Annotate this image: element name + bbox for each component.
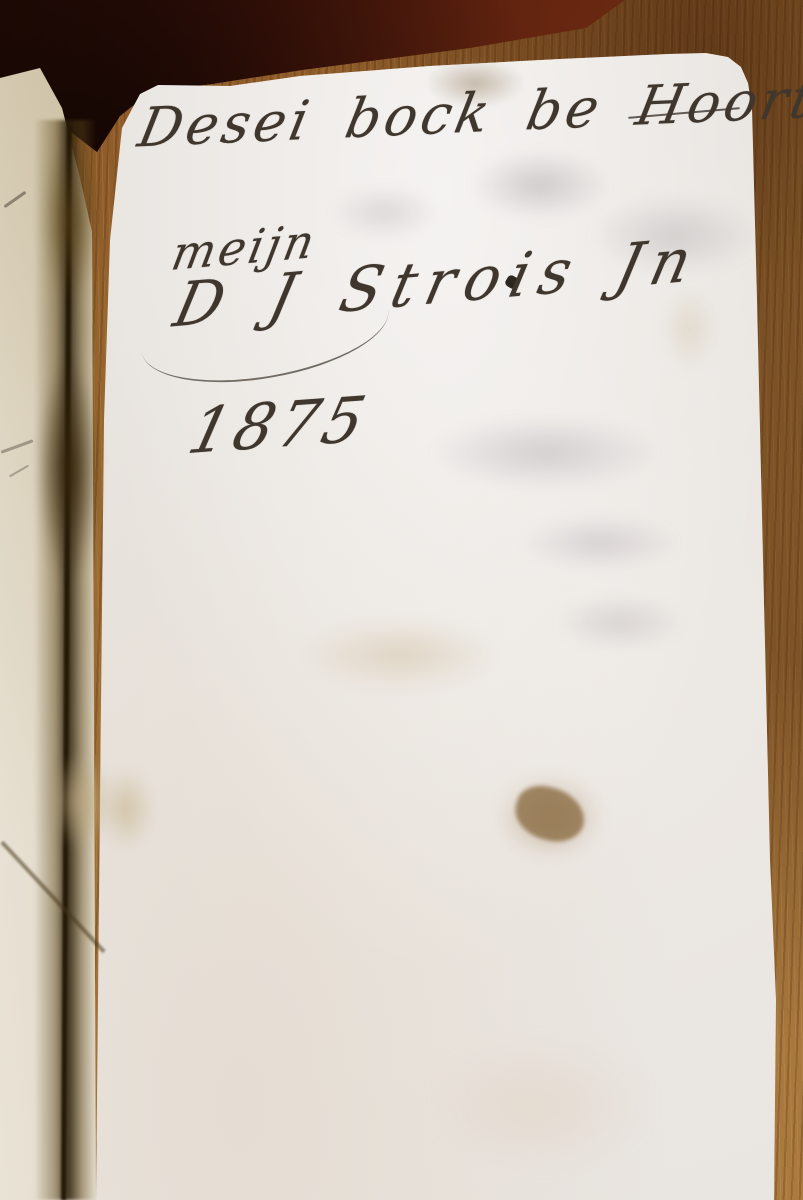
flyleaf-page	[0, 0, 803, 1200]
inscription-year: 1875	[181, 382, 377, 469]
gutter-stain-upper	[42, 140, 100, 300]
book-flyleaf-photo: Desei bock be Hoort meijn D J Strois Jn …	[0, 0, 803, 1200]
gutter-stain-mid	[38, 360, 100, 580]
